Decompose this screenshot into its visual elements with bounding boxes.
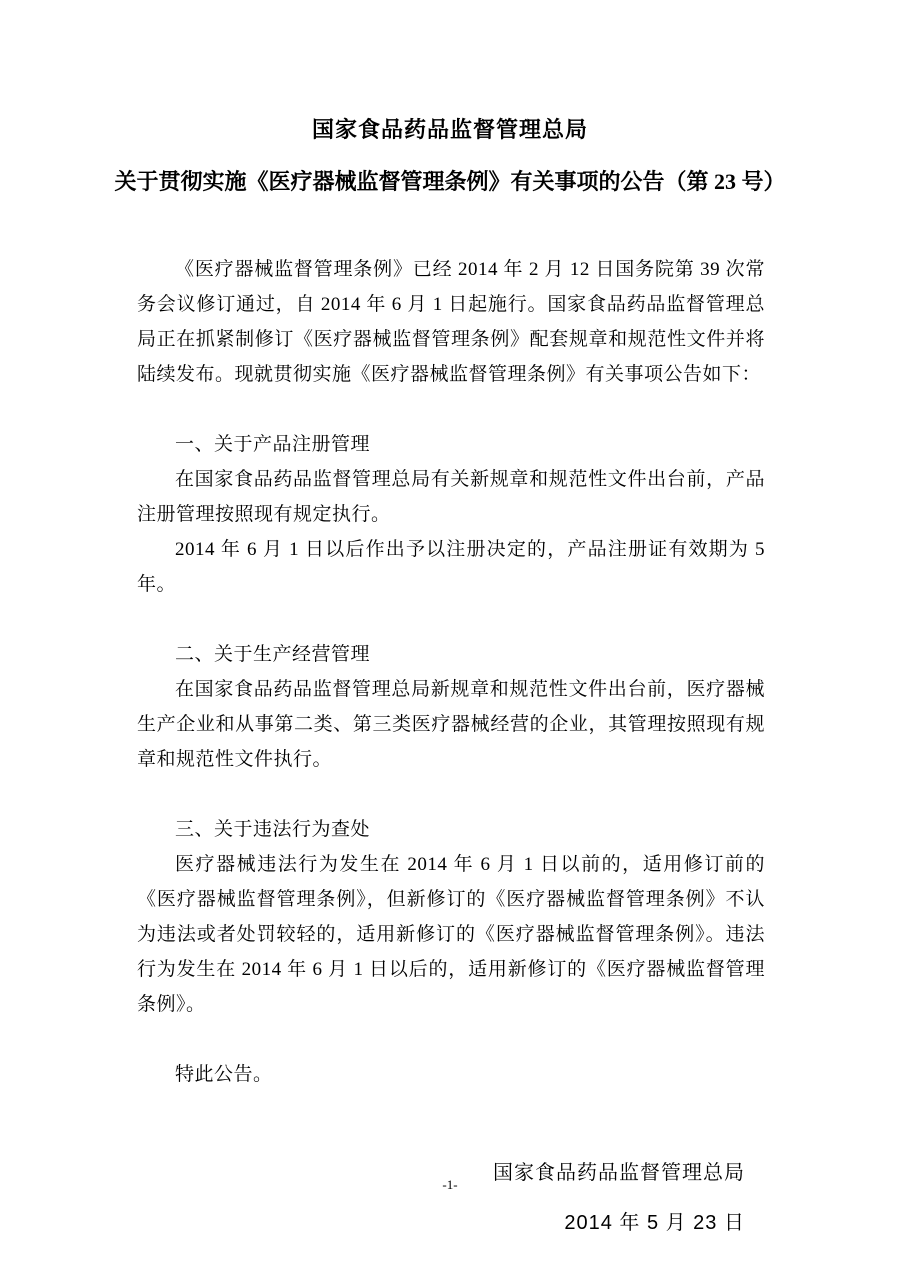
section-2-paragraph-1: 在国家食品药品监督管理总局新规章和规范性文件出台前，医疗器械生产企业和从事第二类… <box>137 672 765 777</box>
title-block: 国家食品药品监督管理总局 关于贯彻实施《医疗器械监督管理条例》有关事项的公告（第… <box>0 0 900 200</box>
page-number: -1- <box>0 1175 900 1195</box>
document-title: 国家食品药品监督管理总局 <box>0 112 900 148</box>
section-1-heading: 一、关于产品注册管理 <box>137 427 765 462</box>
signature-date: 2014 年 5 月 23 日 <box>137 1198 745 1248</box>
document-body: 《医疗器械监督管理条例》已经 2014 年 2 月 12 日国务院第 39 次常… <box>0 252 900 1248</box>
section-2-heading: 二、关于生产经营管理 <box>137 637 765 672</box>
signature-block: 国家食品药品监督管理总局 2014 年 5 月 23 日 <box>137 1148 765 1248</box>
intro-paragraph: 《医疗器械监督管理条例》已经 2014 年 2 月 12 日国务院第 39 次常… <box>137 252 765 392</box>
section-3-heading: 三、关于违法行为查处 <box>137 812 765 847</box>
document-subtitle: 关于贯彻实施《医疗器械监督管理条例》有关事项的公告（第 23 号） <box>0 164 900 200</box>
section-1-paragraph-1: 在国家食品药品监督管理总局有关新规章和规范性文件出台前，产品注册管理按照现有规定… <box>137 462 765 532</box>
section-3-paragraph-1: 医疗器械违法行为发生在 2014 年 6 月 1 日以前的，适用修订前的《医疗器… <box>137 847 765 1022</box>
document-page: 国家食品药品监督管理总局 关于贯彻实施《医疗器械监督管理条例》有关事项的公告（第… <box>0 0 900 1273</box>
section-1-paragraph-2: 2014 年 6 月 1 日以后作出予以注册决定的，产品注册证有效期为 5 年。 <box>137 532 765 602</box>
closing-line: 特此公告。 <box>137 1057 765 1092</box>
